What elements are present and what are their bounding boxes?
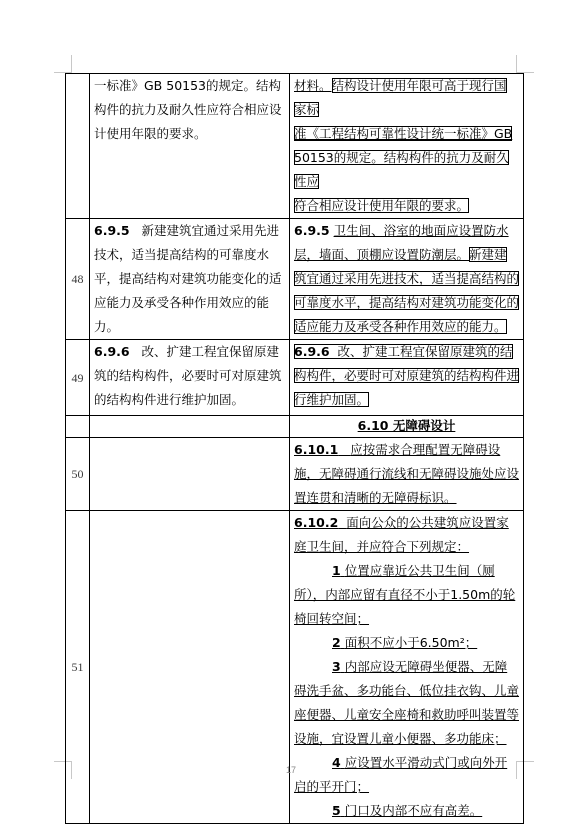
list-item-number: 1 [332,563,341,578]
table-row: 50 6.10.1 应按需求合理配置无障碍设施，无障碍通行流线和无障碍设施处应设… [66,438,524,511]
revised-text-cell: 材料。结构设计使用年限可高于现行国家标 准《工程结构可靠性设计统一标准》GB 5… [290,74,524,219]
list-item-number: 5 [332,803,341,818]
table-row: 6.10 无障碍设计 [66,416,524,438]
original-text-cell: 6.9.5 新建建筑宜通过采用先进技术，适当提高结构的可靠度水平，提高结构对建筑… [90,219,290,340]
table-row: 51 6.10.2 面向公众的公共建筑应设置家庭卫生间，并应符合下列规定： 1 … [66,511,524,824]
list-item-text: 门口及内部不应有高差。 [345,803,483,818]
comparison-table: 一标准》GB 50153的规定。结构构件的抗力及耐久性应符合相应设计使用年限的要… [65,73,524,824]
list-item-number: 2 [332,635,341,650]
row-number: 51 [66,511,90,824]
row-number: 50 [66,438,90,511]
table-row: 49 6.9.6 改、扩建工程宜保留原建筑的结构构件，必要时可对原建筑的结构构件… [66,340,524,416]
original-text-cell: 一标准》GB 50153的规定。结构构件的抗力及耐久性应符合相应设计使用年限的要… [90,74,290,219]
row-number [66,416,90,438]
table-row: 48 6.9.5 新建建筑宜通过采用先进技术，适当提高结构的可靠度水平，提高结构… [66,219,524,340]
clause-number: 6.9.5 [94,223,130,238]
original-text: 一标准》GB 50153的规定。结构构件的抗力及耐久性应符合相应设计使用年限的要… [94,78,282,141]
revised-text-cell: 6.10.1 应按需求合理配置无障碍设施，无障碍通行流线和无障碍设施处应设置连贯… [290,438,524,511]
list-item-text: 内部应设无障碍坐便器、无障碍洗手盆、多功能台、低位挂衣钩、儿童座便器、儿童安全座… [294,659,519,746]
row-number: 49 [66,340,90,416]
original-text-cell [90,416,290,438]
table-row: 一标准》GB 50153的规定。结构构件的抗力及耐久性应符合相应设计使用年限的要… [66,74,524,219]
clause-number: 6.9.6 [94,344,130,359]
clause-number: 6.10.1 [294,442,338,457]
clause-number: 6.10.2 [294,515,338,530]
list-item-number: 3 [332,659,341,674]
revised-text-cell: 6.9.5 卫生间、浴室的地面应设置防水层，墙面、顶棚应设置防潮层。新建建筑宜通… [290,219,524,340]
revised-text-cell: 6.10.2 面向公众的公共建筑应设置家庭卫生间，并应符合下列规定： 1 位置应… [290,511,524,824]
list-item-number: 4 [332,755,341,770]
section-heading: 6.10 无障碍设计 [290,416,524,438]
page-number: 17 [286,765,296,775]
original-text-cell [90,511,290,824]
original-text-cell [90,438,290,511]
crop-mark-top-right-v [516,55,517,73]
clause-number: 6.9.5 [294,223,330,238]
original-text: 新建建筑宜通过采用先进技术，适当提高结构的可靠度水平，提高结构对建筑功能变化的适… [94,223,282,334]
crop-mark-top-left-v [71,55,72,73]
revised-boxed-text: 符合相应设计使用年限的要求。 [294,198,469,213]
row-number [66,74,90,219]
list-item-text: 位置应靠近公共卫生间（厕所），内部应留有直径不小于1.50m的轮椅回转空间； [294,563,515,626]
revised-boxed-text: 50153的规定。结构构件的抗力及耐久性应 [294,150,509,189]
list-item-text: 面积不应小于6.50m²； [345,635,478,650]
list-item-text: 应设置水平滑动式门或向外开启的平开门； [294,755,507,794]
clause-number: 6.9.6 [294,344,330,359]
original-text-cell: 6.9.6 改、扩建工程宜保留原建筑的结构构件，必要时可对原建筑的结构构件进行维… [90,340,290,416]
revised-text-cell: 6.9.6 改、扩建工程宜保留原建筑的结构构件，必要时可对原建筑的结构构件进行维… [290,340,524,416]
revised-boxed-text: 准《工程结构可靠性设计统一标准》GB [294,126,512,141]
revised-underlined-text: 材料。 [294,78,332,93]
row-number: 48 [66,219,90,340]
